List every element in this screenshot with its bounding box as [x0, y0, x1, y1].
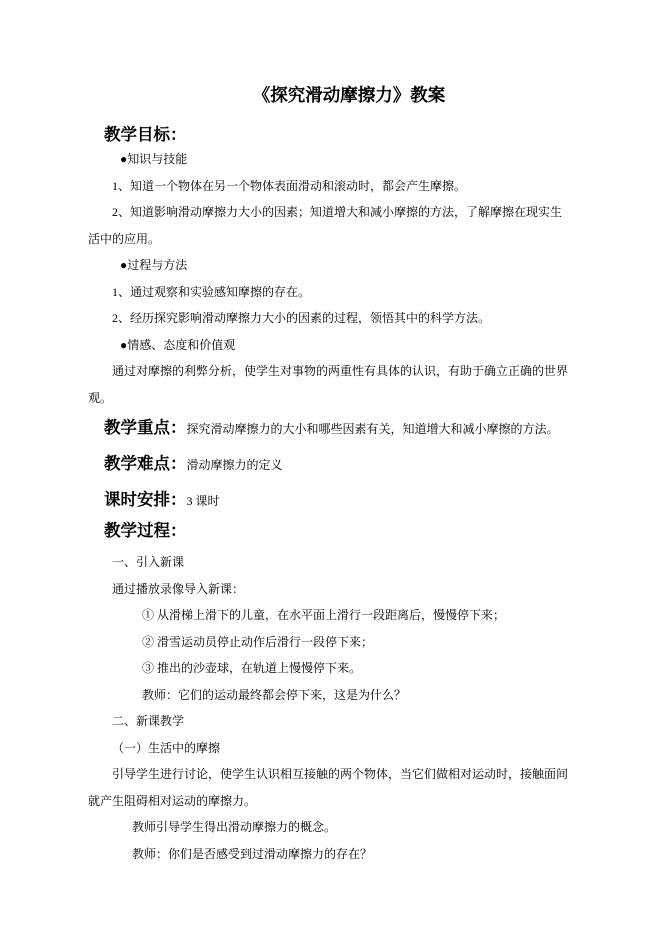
para-section1: 引导学生进行讨论，使学生认识相互接触的两个物体，当它们做相对运动时，接触面间就产… — [88, 761, 572, 814]
line-intro-lead: 通过播放录像导入新课： — [88, 576, 572, 603]
video-example-1: ① 从滑梯上滑下的儿童，在水平面上滑行一段距离后，慢慢停下来； — [142, 602, 572, 629]
line-section1-title: （一）生活中的摩擦 — [88, 735, 572, 762]
process-item-2: 2、经历探究影响滑动摩擦力大小的因素的过程，领悟其中的科学方法。 — [88, 305, 572, 332]
line-teacher-question-1: 教师：它们的运动最终都会停下来，这是为什么？ — [142, 682, 572, 709]
teaching-focus-text: 探究滑动摩擦力的大小和哪些因素有关，知道增大和减小摩擦的方法。 — [187, 422, 559, 436]
objectives-body: ●知识与技能 1、知道一个物体在另一个物体表面滑动和滚动时，都会产生摩擦。 2、… — [88, 146, 572, 411]
label-knowledge-skills: ●知识与技能 — [120, 146, 572, 173]
doc-title: 《探究滑动摩擦力》教案 — [107, 84, 591, 106]
heading-teaching-objectives: 教学目标： — [104, 124, 572, 146]
heading-teaching-process: 教学过程： — [104, 520, 572, 542]
teaching-difficulty-text: 滑动摩擦力的定义 — [187, 458, 283, 472]
video-example-2: ② 滑雪运动员停止动作后滑行一段停下来； — [142, 629, 572, 656]
document-page: 《探究滑动摩擦力》教案 教学目标： ●知识与技能 1、知道一个物体在另一个物体表… — [0, 0, 661, 935]
heading-teaching-difficulty: 教学难点： — [104, 454, 187, 473]
line-lesson-schedule: 课时安排：3 课时 — [104, 489, 572, 512]
para-emotion: 通过对摩擦的利弊分析，使学生对事物的两重性有具体的认识，有助于确立正确的世界观。 — [88, 358, 572, 411]
line-teaching-focus: 教学重点：探究滑动摩擦力的大小和哪些因素有关，知道增大和减小摩擦的方法。 — [104, 417, 572, 440]
label-emotion-attitude-values: ●情感、态度和价值观 — [120, 332, 572, 359]
line-teacher-question-2: 教师：你们是否感受到过滑动摩擦力的存在？ — [132, 841, 572, 868]
lesson-schedule-text: 3 课时 — [187, 494, 220, 508]
video-example-3: ③ 推出的沙壶球，在轨道上慢慢停下来。 — [142, 655, 572, 682]
process-body: 一、引入新课 通过播放录像导入新课： ① 从滑梯上滑下的儿童，在水平面上滑行一段… — [88, 549, 572, 867]
process-item-1: 1、通过观察和实验感知摩擦的存在。 — [88, 279, 572, 306]
label-process-method: ●过程与方法 — [120, 252, 572, 279]
line-intro-title: 一、引入新课 — [88, 549, 572, 576]
line-teaching-difficulty: 教学难点：滑动摩擦力的定义 — [104, 453, 572, 476]
heading-lesson-schedule: 课时安排： — [104, 490, 187, 509]
line-new-lesson-title: 二、新课教学 — [88, 708, 572, 735]
heading-teaching-focus: 教学重点： — [104, 418, 187, 437]
line-concept: 教师引导学生得出滑动摩擦力的概念。 — [132, 814, 572, 841]
knowledge-item-1: 1、知道一个物体在另一个物体表面滑动和滚动时，都会产生摩擦。 — [88, 173, 572, 200]
knowledge-item-2: 2、知道影响滑动摩擦力大小的因素；知道增大和减小摩擦的方法，了解摩擦在现实生活中… — [88, 199, 572, 252]
